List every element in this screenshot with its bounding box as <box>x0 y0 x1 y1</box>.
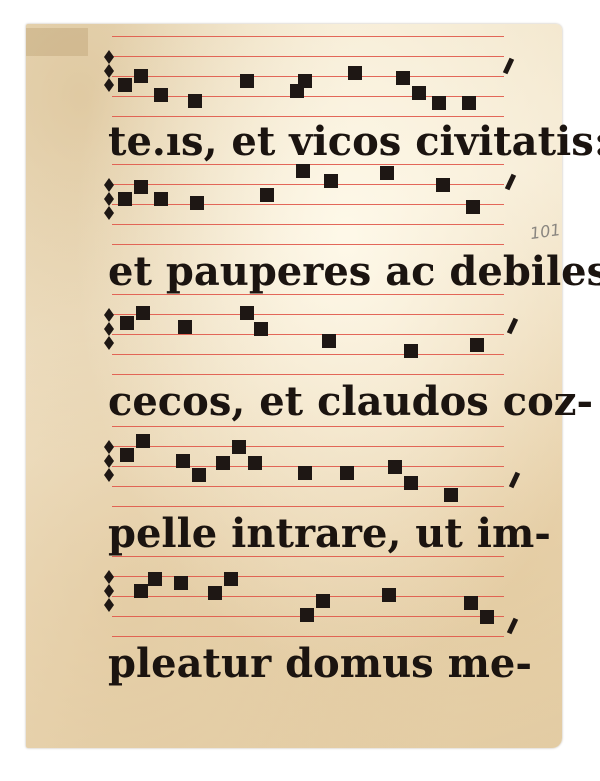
square-neume <box>136 434 150 448</box>
square-neume <box>188 94 202 108</box>
square-neume <box>388 460 402 474</box>
square-neume <box>470 338 484 352</box>
square-neume <box>300 608 314 622</box>
staff-line <box>112 56 504 57</box>
square-neume <box>464 596 478 610</box>
square-neume <box>118 78 132 92</box>
square-neume <box>240 306 254 320</box>
square-neume <box>240 74 254 88</box>
square-neume <box>436 178 450 192</box>
square-neume <box>462 96 476 110</box>
lyric-line-5: pleatur domus me- <box>108 642 528 686</box>
square-neume <box>404 344 418 358</box>
square-neume <box>444 488 458 502</box>
square-neume <box>118 192 132 206</box>
staff-line <box>112 244 504 245</box>
staff-line <box>112 354 504 355</box>
staff-1 <box>112 36 504 126</box>
staff-line <box>112 576 504 577</box>
staff-line <box>112 36 504 37</box>
square-neume <box>120 316 134 330</box>
lyric-line-4: pelle intrare, ut im- <box>108 512 528 556</box>
square-neume <box>260 188 274 202</box>
square-neume <box>224 572 238 586</box>
staff-line <box>112 116 504 117</box>
square-neume <box>322 334 336 348</box>
staff-line <box>112 426 504 427</box>
square-neume <box>254 322 268 336</box>
square-neume <box>412 86 426 100</box>
square-neume <box>232 440 246 454</box>
square-neume <box>396 71 410 85</box>
square-neume <box>466 200 480 214</box>
square-neume <box>480 610 494 624</box>
square-neume <box>348 66 362 80</box>
square-neume <box>134 180 148 194</box>
staff-line <box>112 596 504 597</box>
lyric-line-1: te.ıs, et vicos civitatis: <box>108 120 528 164</box>
square-neume <box>208 586 222 600</box>
square-neume <box>324 174 338 188</box>
square-neume <box>176 454 190 468</box>
staff-2 <box>112 164 504 254</box>
staff-line <box>112 224 504 225</box>
square-neume <box>380 166 394 180</box>
square-neume <box>136 306 150 320</box>
square-neume <box>174 576 188 590</box>
staff-3 <box>112 294 504 384</box>
square-neume <box>148 572 162 586</box>
staff-5 <box>112 556 504 646</box>
square-neume <box>340 466 354 480</box>
parchment-repair-patch <box>26 28 88 56</box>
lyric-line-2: et pauperes ac debiles, <box>108 250 528 294</box>
square-neume <box>316 594 330 608</box>
lyric-line-3: cecos, et claudos coz- <box>108 380 528 424</box>
square-neume <box>192 468 206 482</box>
square-neume <box>120 448 134 462</box>
staff-line <box>112 374 504 375</box>
staff-line <box>112 204 504 205</box>
square-neume <box>154 192 168 206</box>
staff-4 <box>112 426 504 516</box>
square-neume <box>298 74 312 88</box>
square-neume <box>134 69 148 83</box>
square-neume <box>134 584 148 598</box>
square-neume <box>298 466 312 480</box>
square-neume <box>190 196 204 210</box>
staff-line <box>112 446 504 447</box>
square-neume <box>216 456 230 470</box>
staff-line <box>112 334 504 335</box>
square-neume <box>154 88 168 102</box>
square-neume <box>296 164 310 178</box>
square-neume <box>382 588 396 602</box>
staff-line <box>112 486 504 487</box>
staff-line <box>112 506 504 507</box>
square-neume <box>404 476 418 490</box>
square-neume <box>248 456 262 470</box>
square-neume <box>178 320 192 334</box>
staff-line <box>112 314 504 315</box>
square-neume <box>432 96 446 110</box>
staff-line <box>112 636 504 637</box>
